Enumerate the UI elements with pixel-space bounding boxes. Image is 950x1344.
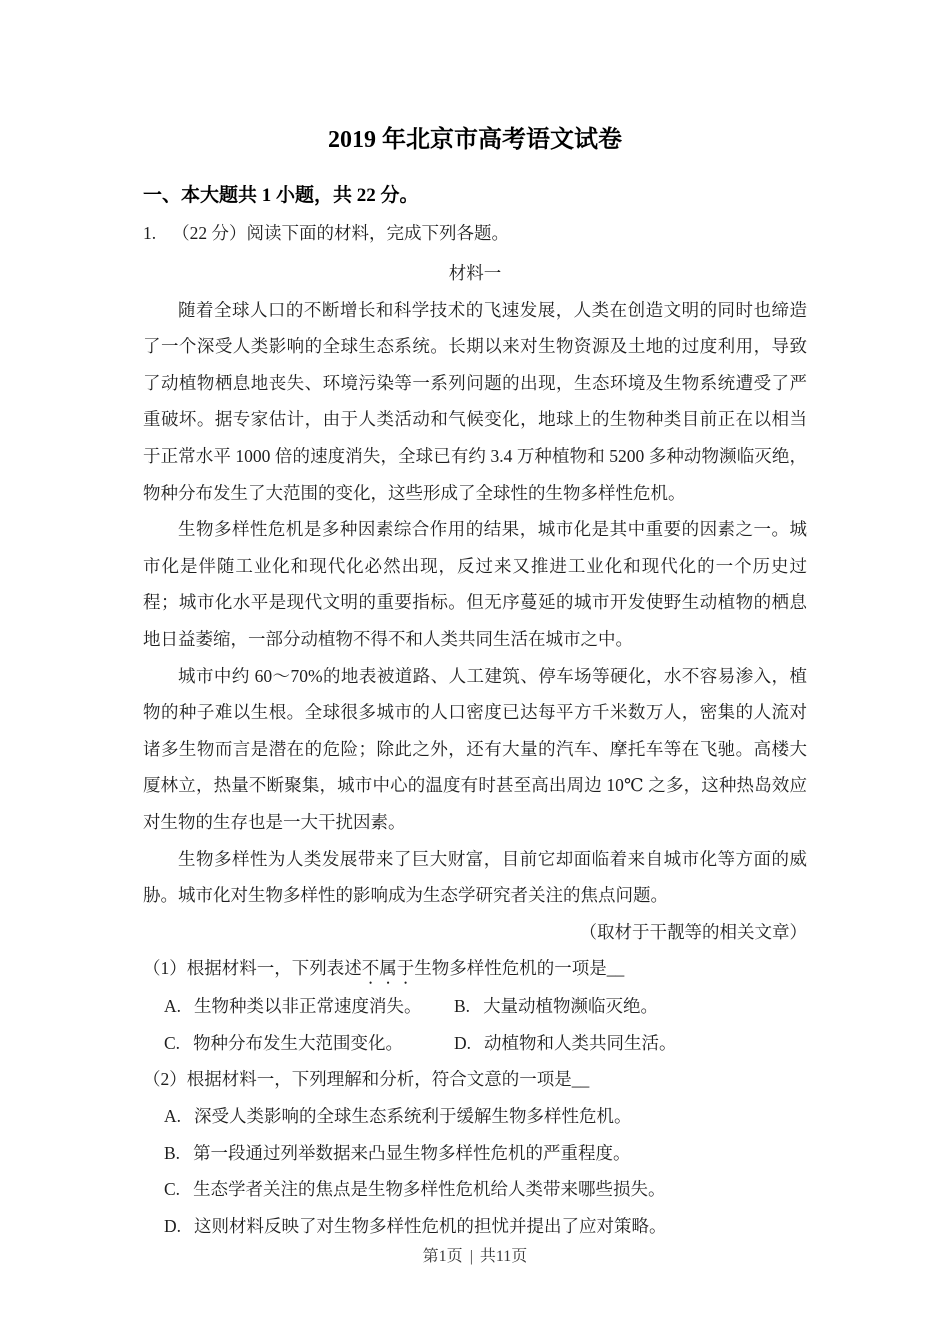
- question-1-answer-blank: __: [607, 958, 625, 978]
- option-label: D.: [164, 1216, 181, 1236]
- question-1-option-b: B.大量动植物濒临灭绝。: [454, 988, 658, 1025]
- question-2-stem-text: （2）根据材料一，下列理解和分析，符合文意的一项是: [143, 1069, 572, 1089]
- option-label: A.: [164, 996, 181, 1016]
- option-label: C.: [164, 1179, 180, 1199]
- option-label: D.: [454, 1033, 471, 1053]
- section-heading: 一、本大题共 1 小题，共 22 分。: [143, 183, 807, 209]
- question-2-stem: （2）根据材料一，下列理解和分析，符合文意的一项是__: [143, 1061, 807, 1098]
- option-label: B.: [164, 1143, 180, 1163]
- option-label: B.: [454, 996, 470, 1016]
- question-2-option-c: C.生态学者关注的焦点是生物多样性危机给人类带来哪些损失。: [143, 1171, 807, 1208]
- question-1-stem: （1）根据材料一，下列表述不属于生物多样性危机的一项是__: [143, 950, 807, 988]
- option-text: 第一段通过列举数据来凸显生物多样性危机的严重程度。: [193, 1143, 631, 1163]
- question-1-options-row-2: C.物种分布发生大范围变化。 D.动植物和人类共同生活。: [143, 1025, 807, 1062]
- question-1-option-a: A.生物种类以非正常速度消失。: [164, 988, 454, 1025]
- option-label: A.: [164, 1106, 181, 1126]
- question-1-options-row-1: A.生物种类以非正常速度消失。 B.大量动植物濒临灭绝。: [143, 988, 807, 1025]
- option-text: 动植物和人类共同生活。: [484, 1033, 677, 1053]
- question-1-stem-post: 生物多样性危机的一项是: [414, 958, 607, 978]
- item-number: 1.: [143, 223, 156, 243]
- item-intro-text: （22 分）阅读下面的材料，完成下列各题。: [172, 223, 509, 243]
- exam-paper-page: 2019 年北京市高考语文试卷 一、本大题共 1 小题，共 22 分。 1.（2…: [0, 0, 950, 1344]
- question-1-option-d: D.动植物和人类共同生活。: [454, 1025, 677, 1062]
- option-text: 大量动植物濒临灭绝。: [483, 996, 658, 1016]
- option-text: 生物种类以非正常速度消失。: [194, 996, 422, 1016]
- question-1-option-c: C.物种分布发生大范围变化。: [164, 1025, 454, 1062]
- question-2-option-d: D.这则材料反映了对生物多样性危机的担忧并提出了应对策略。: [143, 1208, 807, 1245]
- question-2-answer-blank: __: [572, 1069, 590, 1089]
- material-paragraph-4: 生物多样性为人类发展带来了巨大财富，目前它却面临着来自城市化等方面的威胁。城市化…: [143, 841, 807, 914]
- question-item-intro: 1.（22 分）阅读下面的材料，完成下列各题。: [143, 219, 807, 247]
- footer-separator: |: [470, 1248, 473, 1265]
- question-1-stem-emphasis: 不属于: [362, 958, 415, 978]
- material-paragraph-2: 生物多样性危机是多种因素综合作用的结果，城市化是其中重要的因素之一。城市化是伴随…: [143, 511, 807, 657]
- question-1-stem-pre: （1）根据材料一，下列表述: [143, 958, 362, 978]
- page-footer: 第1页|共11页: [0, 1246, 950, 1268]
- footer-page-total: 共11页: [480, 1248, 527, 1265]
- document-content: 2019 年北京市高考语文试卷 一、本大题共 1 小题，共 22 分。 1.（2…: [143, 0, 807, 1244]
- material-source: （取材于干靓等的相关文章）: [143, 914, 807, 951]
- option-text: 物种分布发生大范围变化。: [193, 1033, 403, 1053]
- material-title: 材料一: [143, 255, 807, 292]
- page-title: 2019 年北京市高考语文试卷: [143, 125, 807, 155]
- material-paragraph-3: 城市中约 60～70%的地表被道路、人工建筑、停车场等硬化，水不容易渗入，植物的…: [143, 658, 807, 841]
- question-2-option-b: B.第一段通过列举数据来凸显生物多样性危机的严重程度。: [143, 1135, 807, 1172]
- option-text: 这则材料反映了对生物多样性危机的担忧并提出了应对策略。: [194, 1216, 667, 1236]
- option-text: 生态学者关注的焦点是生物多样性危机给人类带来哪些损失。: [193, 1179, 666, 1199]
- option-label: C.: [164, 1033, 180, 1053]
- material-paragraph-1: 随着全球人口的不断增长和科学技术的飞速发展，人类在创造文明的同时也缔造了一个深受…: [143, 292, 807, 512]
- option-text: 深受人类影响的全球生态系统利于缓解生物多样性危机。: [194, 1106, 632, 1126]
- question-2-option-a: A.深受人类影响的全球生态系统利于缓解生物多样性危机。: [143, 1098, 807, 1135]
- footer-page-number: 第1页: [423, 1248, 463, 1265]
